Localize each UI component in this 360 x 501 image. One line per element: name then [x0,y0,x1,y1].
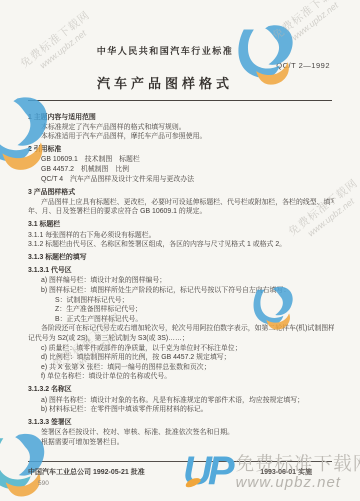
scanned-standard-page: { "header": { "authority": "中华人民共和国汽车行业标… [0,0,360,501]
body-line: S：试制图样标记代号； [28,296,334,306]
body-line: e) 共 X 张第 X 张栏：填同一编号的图样总张数和页次； [28,363,334,373]
standard-authority: 中华人民共和国汽车行业标准 [0,44,330,57]
approval-note: 中国汽车工业总公司 1992-05-21 批准 [28,467,145,477]
logo-orange-swash-icon [184,476,201,489]
body-line: 年、月、日及签署栏目的要求应符合 GB 10609.1 的规定。 [28,207,334,217]
body-line: 3.1.3.2 名称区 [28,385,334,395]
watermark-site-label: 免费标准下载网 [17,7,93,71]
body-line: 3.1.3.3 签署区 [28,418,334,428]
body-line: GB 4457.2 机械制图 比例 [28,165,334,175]
body-line: b) 图样标记栏：填图样所处生产阶段的标记，标记代号按以下符号自左向右填写： [28,286,334,296]
watermark-site-label: 免费标准下载网 [269,0,345,43]
implementation-note: 1993-06-01 实施 [260,467,312,477]
body-line: B：正式生产图样标记代号。 [28,315,334,325]
body-line: 3.1.1 每张图样的右下角必须设有标题栏。 [28,231,334,241]
body-line: Z：生产准备图样标记代号； [28,305,334,315]
body-line: a) 图样编号栏：填设计对象的图样编号； [28,276,334,286]
body-line: f) 单位名称栏：填设计单位的名称或代号。 [28,372,334,382]
body-line: 各阶段还可在标记代号左或右增加轮次号，轮次号用阿拉伯数字表示，如第二轮样车(机)… [28,324,334,334]
body-line: 3.1.2 标题栏由代号区、名称区和签署区组成，各区的内容与尺寸见格式 1 或格… [28,240,334,250]
body-line: a) 图样名称栏：填设计对象的名称。凡是有标准规定的零部件术语，均应按规定填写； [28,396,334,406]
body-line: c) 质量栏：填零件或部件的净质量，以千克为单位时不标注单位； [28,344,334,354]
body-line: 3 产品图样格式 [28,188,334,198]
body-line: d) 比例栏：填绘制图样所用的比例，按 GB 4457.2 规定填写； [28,353,334,363]
body-line: 3.1 标题栏 [28,220,334,230]
body-line: GB 10609.1 技术制图 标题栏 [28,155,334,165]
body-line: QC/T 4 汽车产品图样及设计文件采用与更改办法 [28,175,334,185]
body-line: 记代号为 S2(或 2S)，第三轮试制为 S3(或 3S)……； [28,334,334,344]
upbz-logo-letters: UP [183,448,231,494]
page-number: 590 [38,480,49,487]
body-line: 根据需要可增加签署栏目。 [28,438,334,448]
page-title: 汽车产品图样格式 [0,73,330,92]
body-line: 3.1.3 标题栏的填写 [28,253,334,263]
body-line: 本标准规定了汽车产品图样的格式和填写规则。 [28,123,334,133]
header-rule [28,100,332,101]
body-line: 签署区各栏按设计、校对、审核、标准、批准依次签名和日期。 [28,428,334,438]
body-line: 3.1.3.1 代号区 [28,266,334,276]
footer-rule [28,461,332,462]
body-line: b) 材料标记栏：在零件图中填该零件所用材料的标记。 [28,405,334,415]
document-page: 中华人民共和国汽车行业标准 QC/T 2—1992 汽车产品图样格式 1 主题内… [0,0,360,501]
body-line: 本标准适用于汽车产品图样，摩托车产品可参照使用。 [28,132,334,142]
upbz-logo-text: UP [183,449,231,493]
watermark-text: 免费标准下载网 www.upbz.net [17,7,99,79]
body-lines: 1 主题内容与适用范围本标准规定了汽车产品图样的格式和填写规则。本标准适用于汽车… [28,109,334,448]
body-line: 产品图样上应具有标题栏、更改栏，必要时可设延伸标题栏、代号栏或附加栏，各栏的线型… [28,198,334,208]
standard-number: QC/T 2—1992 [276,61,330,70]
body-line: 2 引用标准 [28,145,334,155]
body-line: 1 主题内容与适用范围 [28,113,334,123]
